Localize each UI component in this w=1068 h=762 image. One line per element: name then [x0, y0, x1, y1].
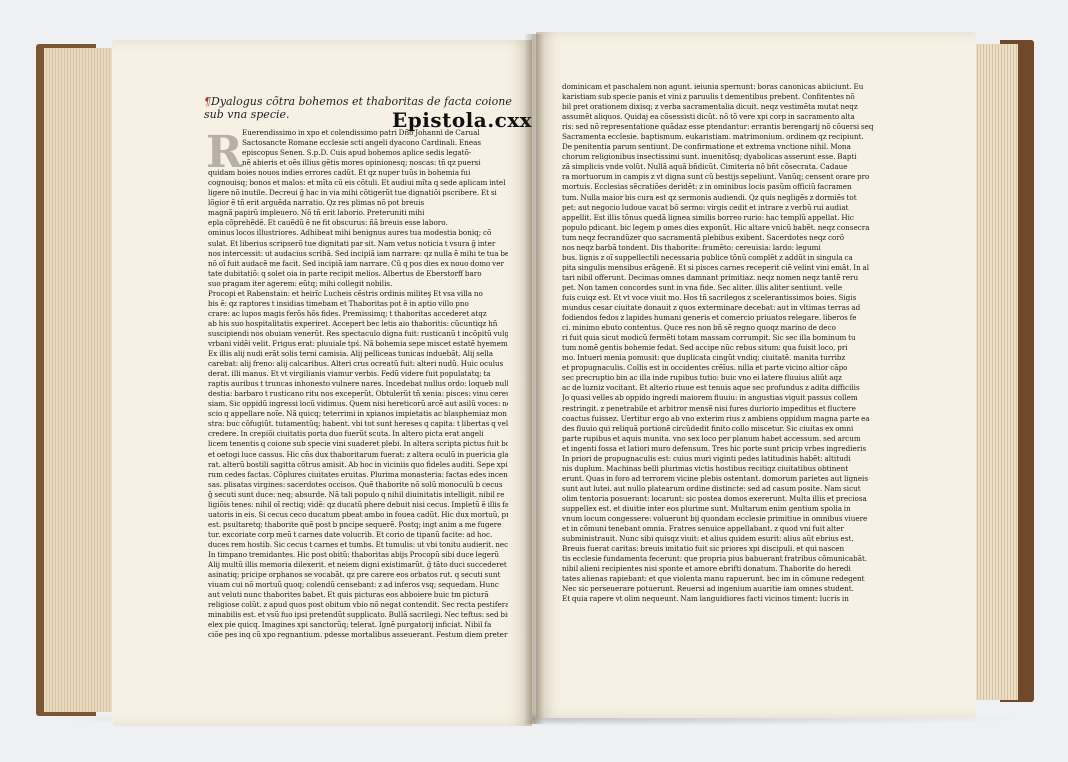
text-line: sulat. Et liberius scripserõ tue dignita… — [208, 239, 508, 249]
text-line: suscipiendi nos obuiam venerũt. Res spec… — [208, 329, 508, 339]
right-page-edges — [972, 44, 1018, 700]
text-line: siam. Sic oppidũ ingressi locũ vidimus. … — [208, 399, 508, 409]
text-line: quidam boies nouos indies errores cadũt.… — [208, 168, 508, 178]
text-line: Sacramenta ecclesie. baptismum. eukarist… — [562, 132, 874, 142]
text-line: aut veluti nunc thaborites babet. Et qui… — [208, 590, 508, 600]
left-page: ¶Dyalogus cõtra bohemos et thaboritas de… — [112, 40, 532, 726]
text-line: tum neqz fecrandũzer quo sacramentã pleb… — [562, 233, 874, 243]
text-line: sunt aut lutei. aut nullo platearum ordi… — [562, 484, 874, 494]
book-gutter — [524, 34, 544, 724]
text-line: ominus locos illustriores. Adhibeat mihi… — [208, 228, 508, 238]
text-line: magnã papirũ impleuero. Nõ tñ erit labor… — [208, 208, 508, 218]
text-line: ciõe pes inq cũ xpo regnantium. pdesse m… — [208, 630, 508, 640]
text-line: Sactosancte Romane ecclesie scti angeli … — [208, 138, 508, 148]
text-line: ac de luzniz vocitant. Et alterio riuue … — [562, 383, 874, 393]
text-line: Nec sic perseuerare potuerunt. Reuersi a… — [562, 584, 874, 594]
rubric-mark: ¶ — [204, 95, 211, 108]
text-line: rum cedes factas. Cõplures ciuitates eru… — [208, 470, 508, 480]
text-line: ĝ secuti sunt duce: neq; absurde. Nã tal… — [208, 490, 508, 500]
text-line: Ex illis alij nudi erãt solis terni cami… — [208, 349, 508, 359]
text-line: Euerendissimo in xpo et colendissimo pat… — [208, 128, 508, 138]
text-line: pet: aut negocio ludoue vacat bõ sermo: … — [562, 203, 874, 213]
text-line: Jo quasi velles ab oppido ingredi maiore… — [562, 393, 874, 403]
text-line: rat. alterũ bostili sagitta cõtrus amisi… — [208, 460, 508, 470]
text-line: stra: buc cõfugiũt. tutamentũq; habent. … — [208, 419, 508, 429]
text-line: tur. excoriate corp meũ t carnes date vo… — [208, 530, 508, 540]
text-line: derat. illi manus. Et vt virgilianis via… — [208, 369, 508, 379]
text-line: subministrauit. Nunc sibi quisqz viuit: … — [562, 534, 874, 544]
text-line: chorum religionibus insectissimi sunt. i… — [562, 152, 874, 162]
text-line: tum. Nulla maior bis cura est qz sermoni… — [562, 193, 874, 203]
text-line: assumẽt aliquos. Quidaj ea cõsessisti di… — [562, 112, 874, 122]
text-line: asinatiq; pricipe orphanos se vocabãt. q… — [208, 570, 508, 580]
text-line: fuis cuiqz est. Et vt voce viuit mo. Hos… — [562, 293, 874, 303]
text-line: bus. lignis z oĩ suppellectili necessari… — [562, 253, 874, 263]
text-line: crare: ac lupos magis ferõs hõs fides. P… — [208, 309, 508, 319]
text-line: In timpano tremidantes. Hic post obitũ: … — [208, 550, 508, 560]
text-line: des fluuio qui reliquã portionẽ circũded… — [562, 424, 874, 434]
text-line: est. psultaretq; thaborite quẽ post b pn… — [208, 520, 508, 530]
text-line: religiose colũt. z apud quos post obitum… — [208, 600, 508, 610]
text-line: suppellex est. et diuitie inter eos plur… — [562, 504, 874, 514]
text-line: Et quia rapere vt olim nequeunt. Nam lan… — [562, 594, 874, 604]
text-line: bis ẽ: qz raptores t insidias timebam et… — [208, 299, 508, 309]
text-line: vnum locum congessere: voluerunt bij quo… — [562, 514, 874, 524]
text-line: et propugnaculis. Collis est in occident… — [562, 363, 874, 373]
text-line: nõ oĩ fuit audacẽ me facit. Sed incipiã … — [208, 259, 508, 269]
text-line: Alij multũ illis memoria dilexerit. et n… — [208, 560, 508, 570]
text-line: et oetogi luce cassus. Hic cñs dux thabo… — [208, 450, 508, 460]
text-line: ligere nõ inutile. Decreui ğ hac in via … — [208, 188, 508, 198]
text-line: parte rupibus et aquis munita. vno sex l… — [562, 434, 874, 444]
text-line: lõgior ẽ tñ erit arguẽda narratio. Qz re… — [208, 198, 508, 208]
text-line: ri fuit quia sicut modicũ fermẽti totam … — [562, 333, 874, 343]
text-line: bil pret orationem dixisq; z verba sacra… — [562, 102, 874, 112]
text-line: vrbani vidẽi velit. Frigus erat: pluuial… — [208, 339, 508, 349]
text-line: sas. plisatas virgines: sacerdotes occis… — [208, 480, 508, 490]
left-page-text: Euerendissimo in xpo et colendissimo pat… — [208, 128, 508, 640]
text-line: ligiõis tenes: nihil oĩ rectiq; vidẽ: qz… — [208, 500, 508, 510]
text-line: carebat: alij freno: alij calcaribus. Al… — [208, 359, 508, 369]
text-line: tate dubitatiõ: q solet oia in parte rec… — [208, 269, 508, 279]
text-line: elex pie quicq. Imagines xpi sanctorũq; … — [208, 620, 508, 630]
text-line: uatoris in eis. Si cecus ceco ducatum pb… — [208, 510, 508, 520]
text-line: olim tentoria posuerant: locarunt: sic p… — [562, 494, 874, 504]
text-line: cognouisq; bonos et malos: et mĩta cũ ei… — [208, 178, 508, 188]
text-line: nis duplum. Machinas belli plurimas vict… — [562, 464, 874, 474]
text-line: Procopi et Rabenstain: et heirĩc Lucheis… — [208, 289, 508, 299]
text-line: fodiendos fedos z lapides humani generis… — [562, 313, 874, 323]
text-line: licem tenentis q coione sub specie vini … — [208, 439, 508, 449]
text-line: pet. Non tamen concordes sunt in vna fid… — [562, 283, 874, 293]
text-line: viuam cui nõ mortuũ quoq; colendũ censeb… — [208, 580, 508, 590]
text-line: pita singulis mensibus erãgenẽ. Et si pi… — [562, 263, 874, 273]
text-line: ra mortuorum in campis z vt digna sunt c… — [562, 172, 874, 182]
text-line: et ingenti fossa et latiori muro defensu… — [562, 444, 874, 454]
text-line: De penitentia parum sentiunt. De confirm… — [562, 142, 874, 152]
text-line: populo pdicant. bic legem p omes dies ex… — [562, 223, 874, 233]
text-line: nos intercessit: ut audacius scribã. Sed… — [208, 249, 508, 259]
text-line: suo pragam iter agerem: eũtq; mihi colle… — [208, 279, 508, 289]
text-line: Breuis fuerat caritas: breuis imitatio f… — [562, 544, 874, 554]
text-line: credere. In crepiõi ciuitatis porta duo … — [208, 429, 508, 439]
text-line: In priori de propugnaculis est: cuius mu… — [562, 454, 874, 464]
right-page: dominicam et paschalem non agunt. ieiuni… — [536, 32, 976, 718]
text-line: nibil alieni recipientes nisi sponte et … — [562, 564, 874, 574]
text-line: appellit. Est illis tõnus quedã lignea s… — [562, 213, 874, 223]
text-line: sec precruptio bin ac illa inde rupibus … — [562, 373, 874, 383]
text-line: erunt. Quas in foro ad terrorem vicine p… — [562, 474, 874, 484]
text-line: nos neqz barbã tondent. Dis thaborite: f… — [562, 243, 874, 253]
text-line: ci. minimo ebuto contentus. Quce res non… — [562, 323, 874, 333]
text-line: mo. Intueri menia pomusit: que duplicata… — [562, 353, 874, 363]
text-line: zã simplicis vnde volũt. Nullã aquã bñdi… — [562, 162, 874, 172]
text-line: tum nomẽ gentis bohemie fedat. Sed accip… — [562, 343, 874, 353]
text-line: restringit. z penetrabile et arbitror me… — [562, 404, 874, 414]
text-line: et in cõmuni tenebant omnia. Fratres sen… — [562, 524, 874, 534]
text-line: scio q appellare noĩe. Nã quicq; teterri… — [208, 409, 508, 419]
right-page-text: dominicam et paschalem non agunt. ieiuni… — [562, 82, 874, 604]
text-line: nẽ abieris et oẽs illius gẽtis mores opi… — [208, 158, 508, 168]
text-line: mortuis. Ecclesias sẽcratiões deridẽt: z… — [562, 182, 874, 192]
text-line: mundus cesar ciuitate donauit z quos ext… — [562, 303, 874, 313]
text-line: epla cõprehẽdẽ. Et cauẽdũ ẽ ne fit obscu… — [208, 218, 508, 228]
text-line: minabilis est. et vsũ fuo ipsi pretendũt… — [208, 610, 508, 620]
open-book: ¶Dyalogus cõtra bohemos et thaboritas de… — [0, 0, 1068, 762]
text-line: ab his suo hospitalitatis experiret. Acc… — [208, 319, 508, 329]
text-line: episcopus Senen. S.p.D. Cuis apud bohemo… — [208, 148, 508, 158]
text-line: destia: barbaro t rusticano ritu nos exc… — [208, 389, 508, 399]
text-line: karistiam sub specie panis et vini z par… — [562, 92, 874, 102]
left-page-edges — [44, 48, 122, 712]
text-line: tari nibil offerunt. Decimas omnes damna… — [562, 273, 874, 283]
text-line: raptis auribus t truncas inhonesto vulne… — [208, 379, 508, 389]
text-line: coactus fuissez. Uertitur ergo ab vno ex… — [562, 414, 874, 424]
text-line: tis ecclesie fundamenta fecerunt: que pr… — [562, 554, 874, 564]
text-line: ris: sed nõ representatione quãdaz esse … — [562, 122, 874, 132]
text-line: duces rem hostib. Sic cecus t carnes et … — [208, 540, 508, 550]
text-line: tates alienas rapiebant: et que violenta… — [562, 574, 874, 584]
text-line: dominicam et paschalem non agunt. ieiuni… — [562, 82, 874, 92]
